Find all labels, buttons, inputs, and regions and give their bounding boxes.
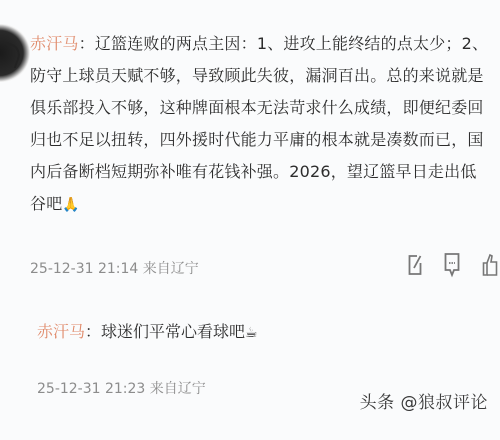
comment-icon bbox=[444, 252, 460, 278]
main-comment: 赤汗马：辽篮连败的两点主因：1、进攻上能终结的点太少；2、防守上球员天赋不够，导… bbox=[30, 28, 492, 221]
comment-meta: 25-12-31 21:14 来自辽宁 bbox=[30, 258, 199, 278]
reply-username[interactable]: 赤汗马 bbox=[37, 322, 85, 341]
reply-text: 球迷们平常心看球吧 bbox=[101, 322, 245, 341]
comment-thread: 赤汗马：辽篮连败的两点主因：1、进攻上能终结的点太少；2、防守上球员天赋不够，导… bbox=[0, 0, 500, 440]
comment-actions: 2 bbox=[408, 252, 500, 278]
like-button[interactable]: 2 bbox=[482, 253, 500, 277]
comment-separator: ： bbox=[79, 34, 95, 53]
comment-text: 辽篮连败的两点主因：1、进攻上能终结的点太少；2、防守上球员天赋不够，导致顾此失… bbox=[30, 34, 488, 213]
reply-meta: 25-12-31 21:23 来自辽宁 bbox=[37, 378, 206, 398]
watermark: 头条 @狼叔评论 bbox=[360, 388, 488, 413]
reply-button[interactable] bbox=[444, 252, 460, 278]
pray-emoji-icon: 🙏 bbox=[62, 189, 80, 221]
reply-separator: ： bbox=[85, 322, 101, 341]
coffee-emoji-icon: ☕ bbox=[245, 319, 258, 347]
avatar[interactable] bbox=[0, 24, 30, 82]
share-button[interactable] bbox=[408, 254, 422, 276]
thumbs-up-icon bbox=[482, 253, 498, 277]
share-icon bbox=[408, 254, 422, 276]
reply-comment: 赤汗马：球迷们平常心看球吧☕ bbox=[37, 318, 258, 347]
comment-username[interactable]: 赤汗马 bbox=[30, 34, 79, 53]
